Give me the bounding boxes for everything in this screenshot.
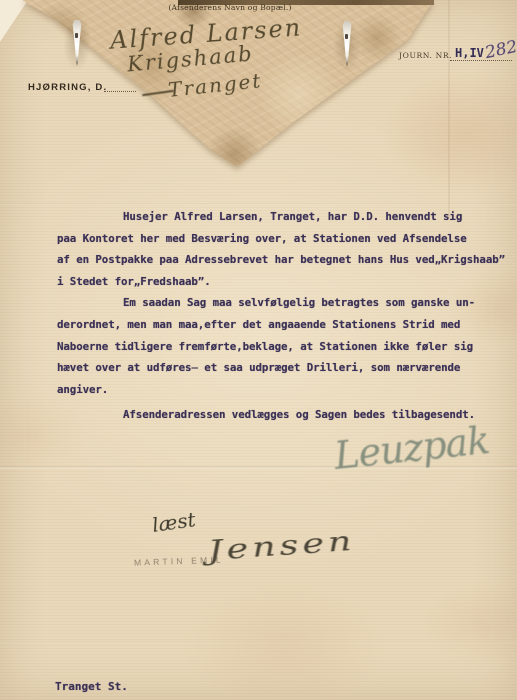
journal-number-label: JOURN. NR. <box>399 51 452 60</box>
letterhead-town-label: HJØRRING, D. <box>28 82 107 93</box>
typed-line: hævet over at udføres̶ et saa udpræget D… <box>57 357 515 379</box>
pin-slot <box>345 34 348 39</box>
second-signature: Jensen <box>207 526 357 567</box>
horizontal-crease <box>0 203 517 205</box>
flap-printed-caption: (Afsenderens Navn og Bopæl.) <box>155 3 305 12</box>
dotted-date-line <box>104 91 136 92</box>
typed-line: Naboerne tidligere fremførte,beklage, at… <box>57 336 515 358</box>
station-name: Tranget St. <box>55 680 128 693</box>
typed-line: Husejer Alfred Larsen, Tranget, har D.D.… <box>57 206 515 228</box>
fastener-pin-icon <box>337 21 357 67</box>
official-signature: Leuzpak <box>332 418 491 478</box>
horizontal-crease <box>0 641 517 643</box>
typed-line: i Stedet for„Fredshaab”. <box>57 271 515 293</box>
typed-line: derordnet, men man maa,efter det angaaen… <box>57 314 515 336</box>
pin-body <box>68 20 86 66</box>
letter-body: Husejer Alfred Larsen, Tranget, har D.D.… <box>57 206 515 426</box>
journal-number-typed: H,IV <box>455 46 484 60</box>
pin-slot <box>75 33 78 38</box>
typed-line: paa Kontoret her med Besværing over, at … <box>57 228 515 250</box>
fastener-pin-icon <box>67 20 87 66</box>
typed-line: af en Postpakke paa Adressebrevet har be… <box>57 249 515 271</box>
dotted-journal-line <box>450 60 512 61</box>
typed-line: Em saadan Sag maa selvfølgelig betragtes… <box>57 292 515 314</box>
pin-body <box>338 21 356 67</box>
typed-line: angiver. <box>57 379 515 401</box>
read-note-handwriting: læst <box>151 507 197 537</box>
scanned-letter-page: (Afsenderens Navn og Bopæl.) Alfred Lars… <box>0 0 517 700</box>
